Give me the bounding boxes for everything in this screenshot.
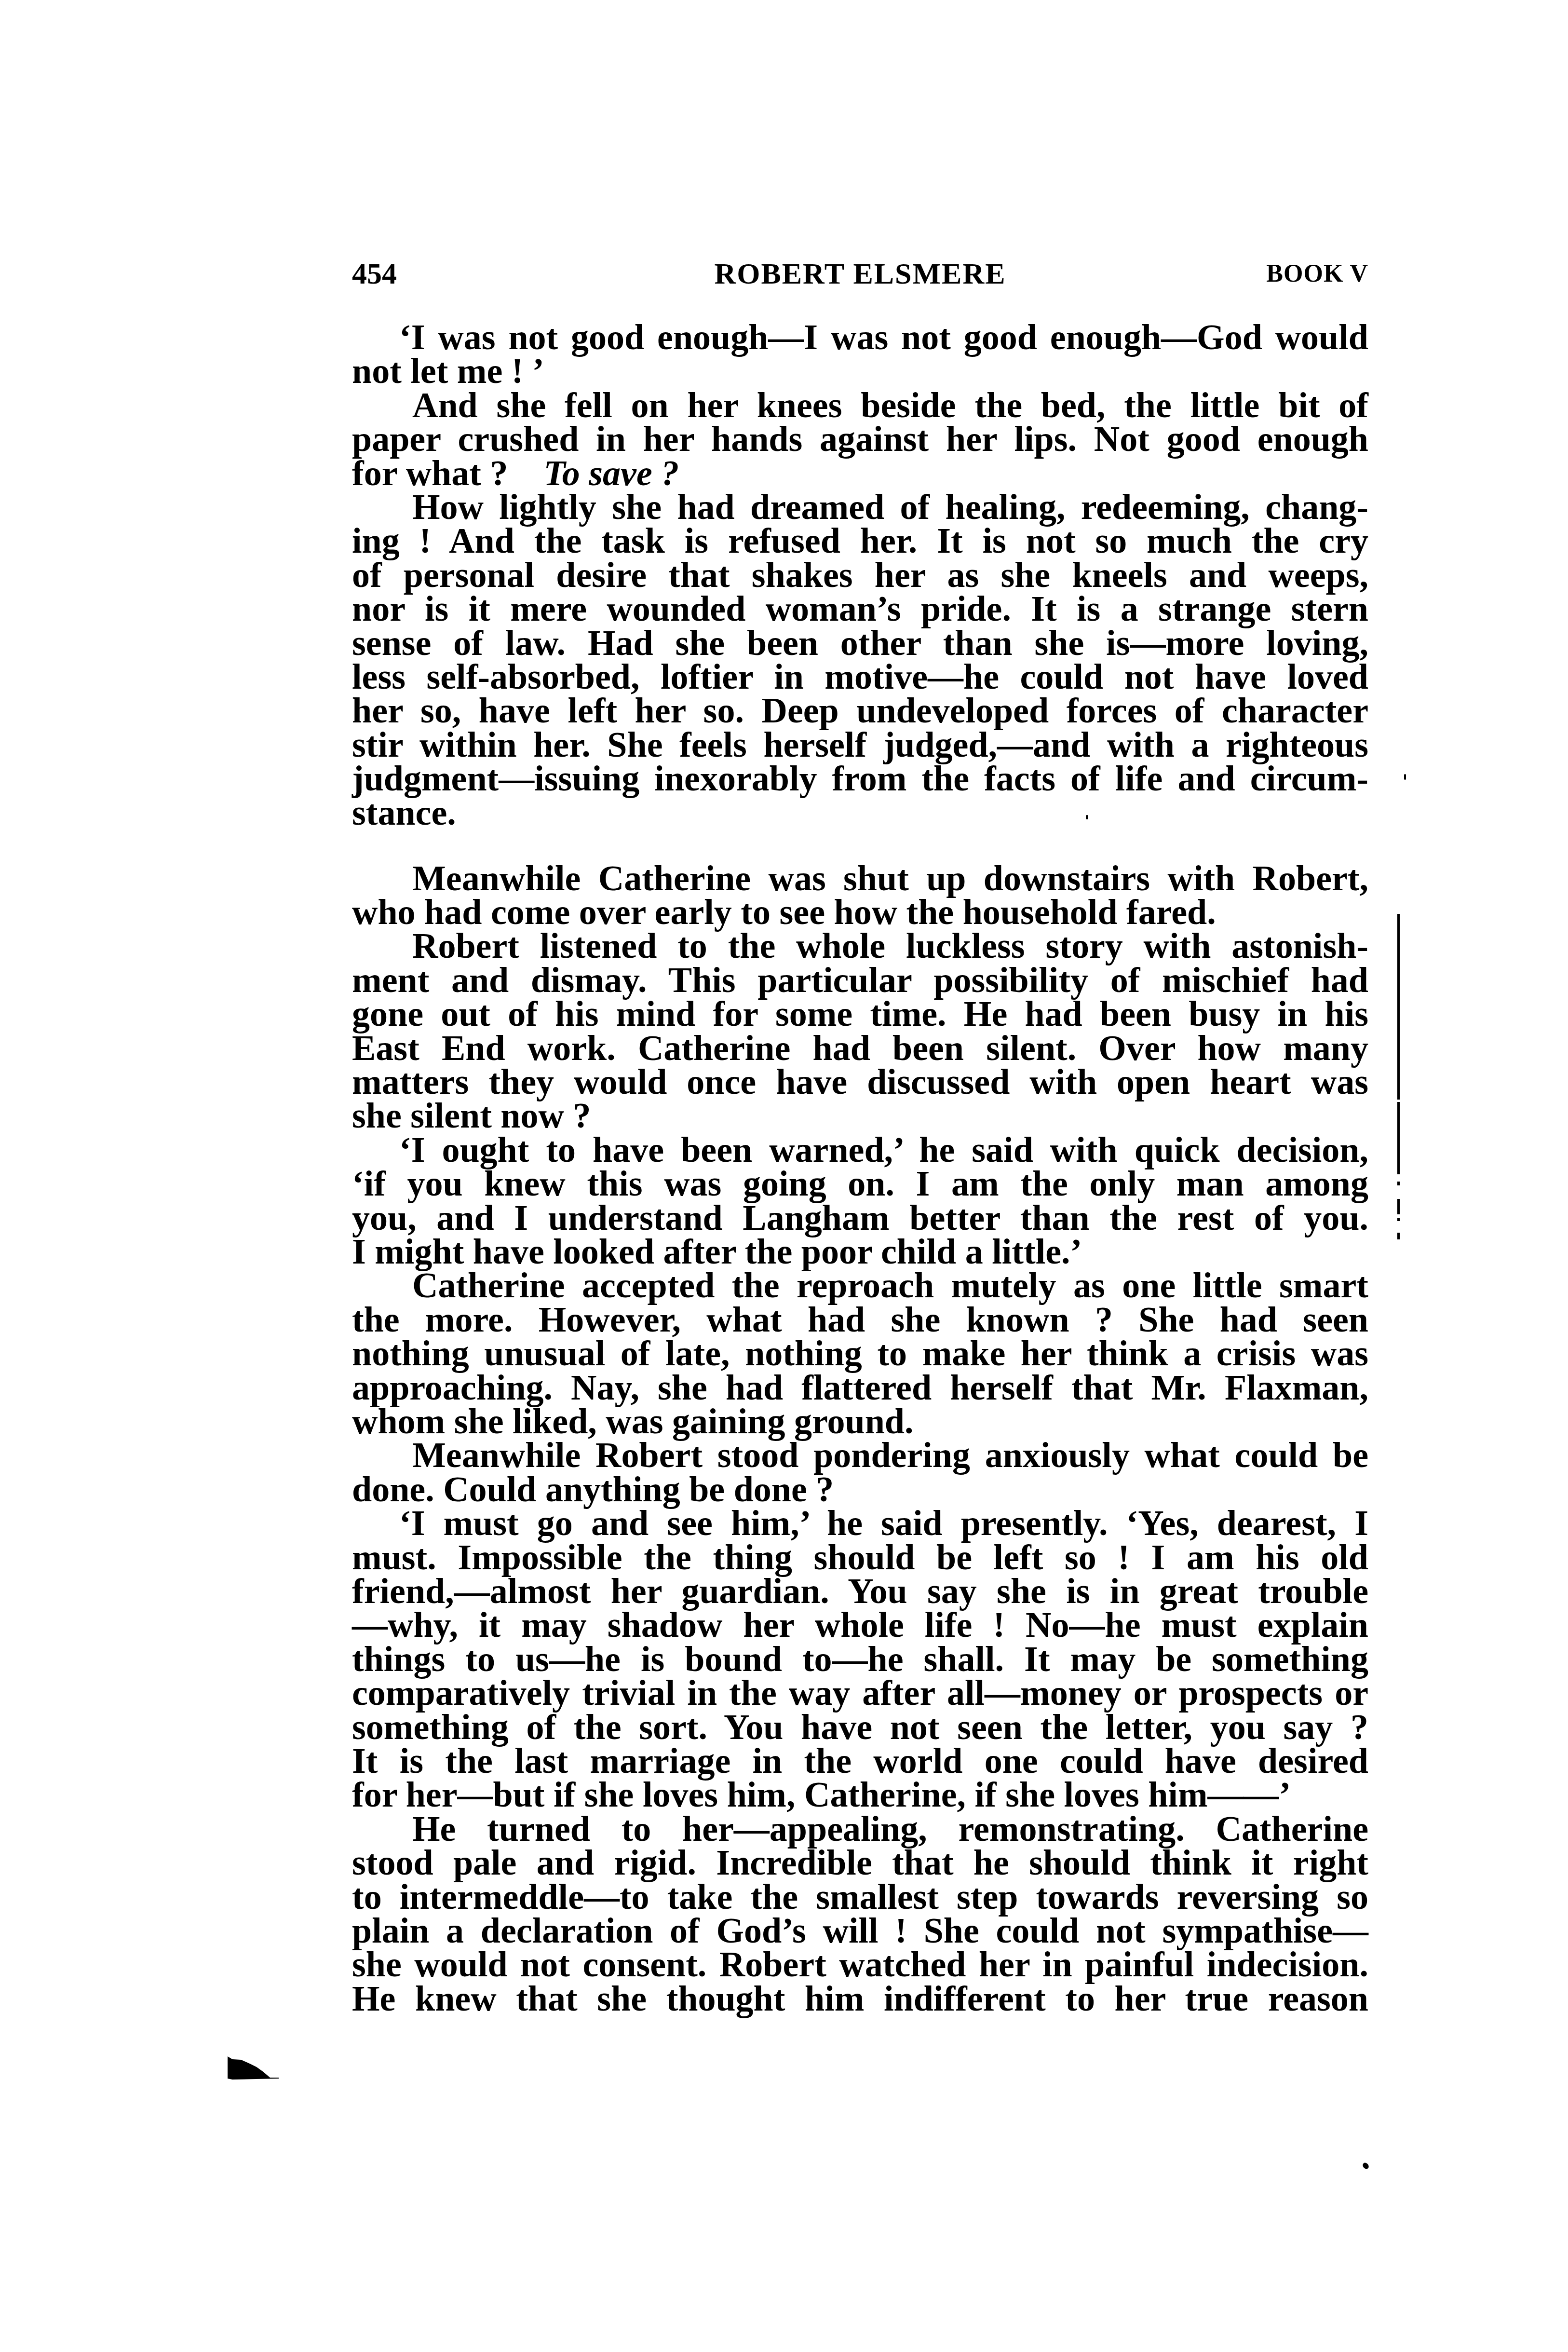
text-line: nothing unusual of late, nothing to make… [352, 1337, 1368, 1371]
text-line: something of the sort. You have not seen… [352, 1711, 1368, 1744]
book-part: BOOK V [1266, 257, 1368, 291]
text-line: Robert listened to the whole luckless st… [412, 929, 1368, 963]
text-line: who had come over early to see how the h… [352, 896, 1368, 929]
text-line: judgment—issuing inexorably from the fac… [352, 762, 1368, 796]
text-line: nor is it mere wounded woman’s pride. It… [352, 592, 1368, 626]
margin-rule [1397, 1102, 1400, 1174]
text-line: gone out of his mind for some time. He h… [352, 997, 1368, 1031]
text-line: How lightly she had dreamed of healing, … [412, 490, 1368, 524]
text-line: must. Impossible the thing should be lef… [352, 1541, 1368, 1575]
speck-mark [1086, 815, 1088, 819]
text-line: the more. However, what had she known ? … [352, 1303, 1368, 1337]
text-line: done. Could anything be done ? [352, 1473, 1368, 1507]
text-line: ‘I ought to have been warned,’ he said w… [399, 1133, 1368, 1167]
margin-rule [1397, 1218, 1400, 1221]
book-page: 454 ROBERT ELSMERE BOOK V ‘I was not goo… [0, 0, 1568, 2352]
text-line: of personal desire that shakes her as sh… [352, 558, 1368, 592]
text-line: her so, have left her so. Deep undevelop… [352, 694, 1368, 728]
text-line: ‘if you knew this was going on. I am the… [352, 1167, 1368, 1201]
text-line: —why, it may shadow her whole life ! No—… [352, 1608, 1368, 1642]
text-line: whom she liked, was gaining ground. [352, 1405, 1368, 1439]
text-line: Meanwhile Catherine was shut up downstai… [412, 862, 1368, 896]
text-line: matters they would once have discussed w… [352, 1065, 1368, 1099]
margin-rule [1397, 1233, 1400, 1239]
text-line: Meanwhile Robert stood pondering anxious… [412, 1439, 1368, 1472]
speck-mark [1404, 774, 1406, 780]
text-line: He knew that she thought him indifferent… [352, 1982, 1368, 2016]
text-line: ‘I was not good enough—I was not good en… [399, 321, 1368, 354]
text-line: ment and dismay. This particular possibi… [352, 964, 1368, 997]
text-line: to intermeddle—to take the smallest step… [352, 1880, 1368, 1914]
text-line: she would not consent. Robert watched he… [352, 1948, 1368, 1982]
text-line: for what ? To save ? [352, 457, 1368, 490]
margin-rule [1397, 914, 1400, 1100]
running-head: 454 ROBERT ELSMERE BOOK V [352, 257, 1368, 291]
text-line: she silent now ? [352, 1099, 1368, 1133]
text-line: paper crushed in her hands against her l… [352, 422, 1368, 456]
text-line: not let me ! ’ [352, 354, 1368, 388]
text-line: Catherine accepted the reproach mutely a… [412, 1269, 1368, 1303]
text-line: things to us—he is bound to—he shall. It… [352, 1643, 1368, 1676]
text-line: plain a declaration of God’s will ! She … [352, 1914, 1368, 1948]
text-line: sense of law. Had she been other than sh… [352, 626, 1368, 660]
text-line: approaching. Nay, she had flattered hers… [352, 1371, 1368, 1405]
text-line: stood pale and rigid. Incredible that he… [352, 1846, 1368, 1880]
text-line: for her—but if she loves him, Catherine,… [352, 1778, 1368, 1812]
text-line: East End work. Catherine had been silent… [352, 1032, 1368, 1065]
speck-mark [1362, 2162, 1370, 2170]
text-line: And she fell on her knees beside the bed… [412, 389, 1368, 422]
text-line: friend,—almost her guardian. You say she… [352, 1575, 1368, 1608]
text-line: I might have looked after the poor child… [352, 1235, 1368, 1269]
margin-rule [1397, 1182, 1400, 1185]
text-line: less self-absorbed, loftier in motive—he… [352, 660, 1368, 694]
text-line: ing ! And the task is refused her. It is… [352, 524, 1368, 558]
printer-arrow-icon [227, 2055, 284, 2084]
text-line: He turned to her—appealing, remonstratin… [412, 1812, 1368, 1846]
text-line: you, and I understand Langham better tha… [352, 1201, 1368, 1235]
text-line: ‘I must go and see him,’ he said present… [399, 1507, 1368, 1540]
text-line: stir within her. She feels herself judge… [352, 728, 1368, 762]
text-line: stance. [352, 796, 1368, 830]
text-line: It is the last marriage in the world one… [352, 1744, 1368, 1778]
book-title: ROBERT ELSMERE [352, 257, 1368, 291]
text-line: comparatively trivial in the way after a… [352, 1676, 1368, 1710]
margin-rule [1397, 1199, 1400, 1214]
